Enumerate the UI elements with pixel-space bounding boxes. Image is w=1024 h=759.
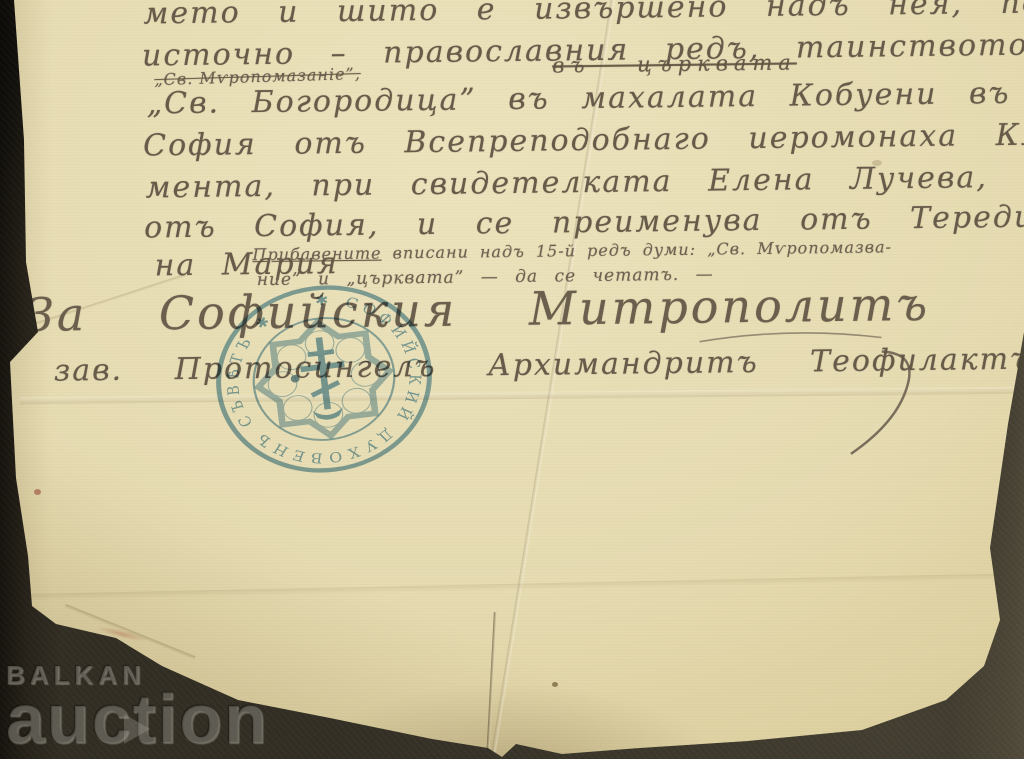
signature-flourish: [0, 0, 1024, 759]
triangle-icon: [124, 714, 150, 744]
document-paper: мето и шито е извършено надъ нея, по ист…: [0, 0, 1024, 759]
church-council-seal-stamp: ✱ СОФИЙСКИЙ ДУХОВЕНЪ СЪВѢТЪ ✱: [203, 271, 445, 486]
stamp-cross-icon: [286, 335, 351, 424]
handwritten-text-block: мето и шито е извършено надъ нея, по ист…: [0, 0, 1024, 759]
watermark-brand-bottom: auction: [6, 691, 269, 748]
photo-background: мето и шито е извършено надъ нея, по ист…: [0, 0, 1024, 759]
